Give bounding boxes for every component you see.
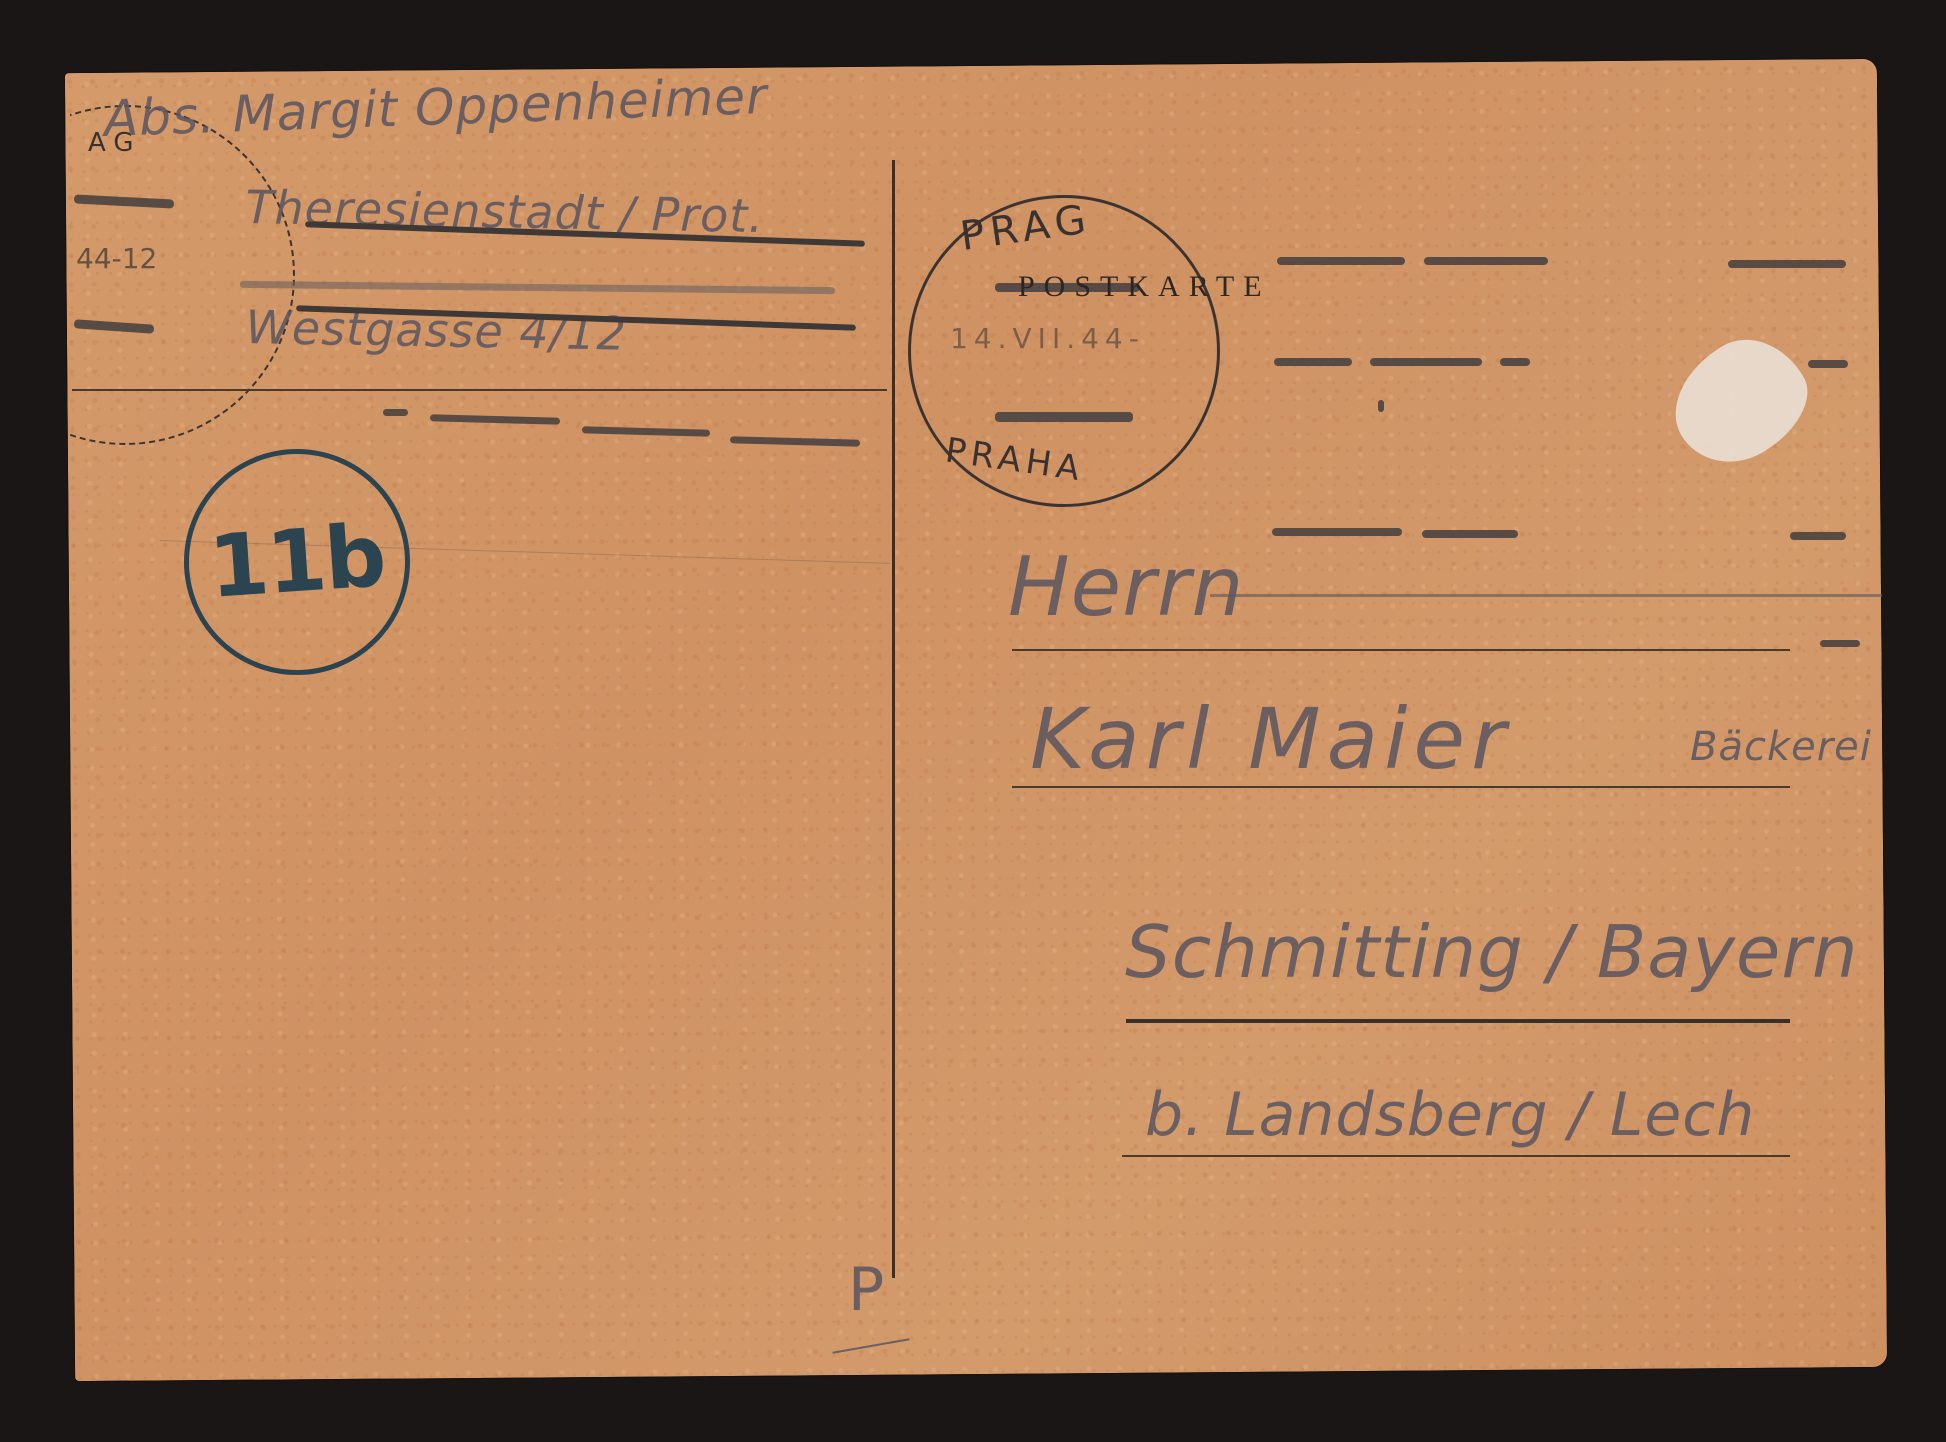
cancel-bar-r4 [1820,640,1860,647]
left-dash-1 [383,409,408,416]
censor-stamp-11b: 11b [184,449,410,675]
left-postmark-date: 44-12 [76,242,157,275]
address-pencil-line [1210,594,1882,597]
postmark-date: 14.VII.44- [950,322,1145,355]
vertical-divider [892,160,895,1278]
address-rule-4 [1122,1155,1790,1157]
address-rule-1 [1012,649,1790,651]
cancel-bar-r2c [1500,358,1530,366]
cancel-dot [1378,400,1384,412]
cancel-bar-r3b [1422,530,1518,538]
recipient-town: Schmitting / Bayern [1125,910,1859,994]
recipient-district: b. Landsberg / Lech [1145,1080,1755,1150]
cancel-bar-r1b [1424,257,1548,265]
address-rule-3 [1126,1019,1790,1023]
cancel-bar-r1c [1728,260,1846,268]
cancel-bar-r2b [1370,358,1482,366]
recipient-salutation: Herrn [1008,540,1245,635]
margin-mark: P [848,1255,885,1325]
cancel-bar-r3a [1272,528,1402,536]
cancel-bar-r2d [1808,360,1848,368]
cancel-bar-r2a [1274,358,1352,366]
recipient-occupation: Bäckerei [1690,724,1872,770]
cancel-bar-r3c [1790,532,1846,540]
sender-divider-rule [72,389,887,391]
cancel-bar-r1a [1277,257,1405,265]
recipient-name: Karl Maier [1030,690,1512,788]
printed-heading: POSTKARTE [1018,270,1271,304]
postmark-lower-bar [995,412,1133,422]
censor-stamp-label: 11b [206,506,388,618]
